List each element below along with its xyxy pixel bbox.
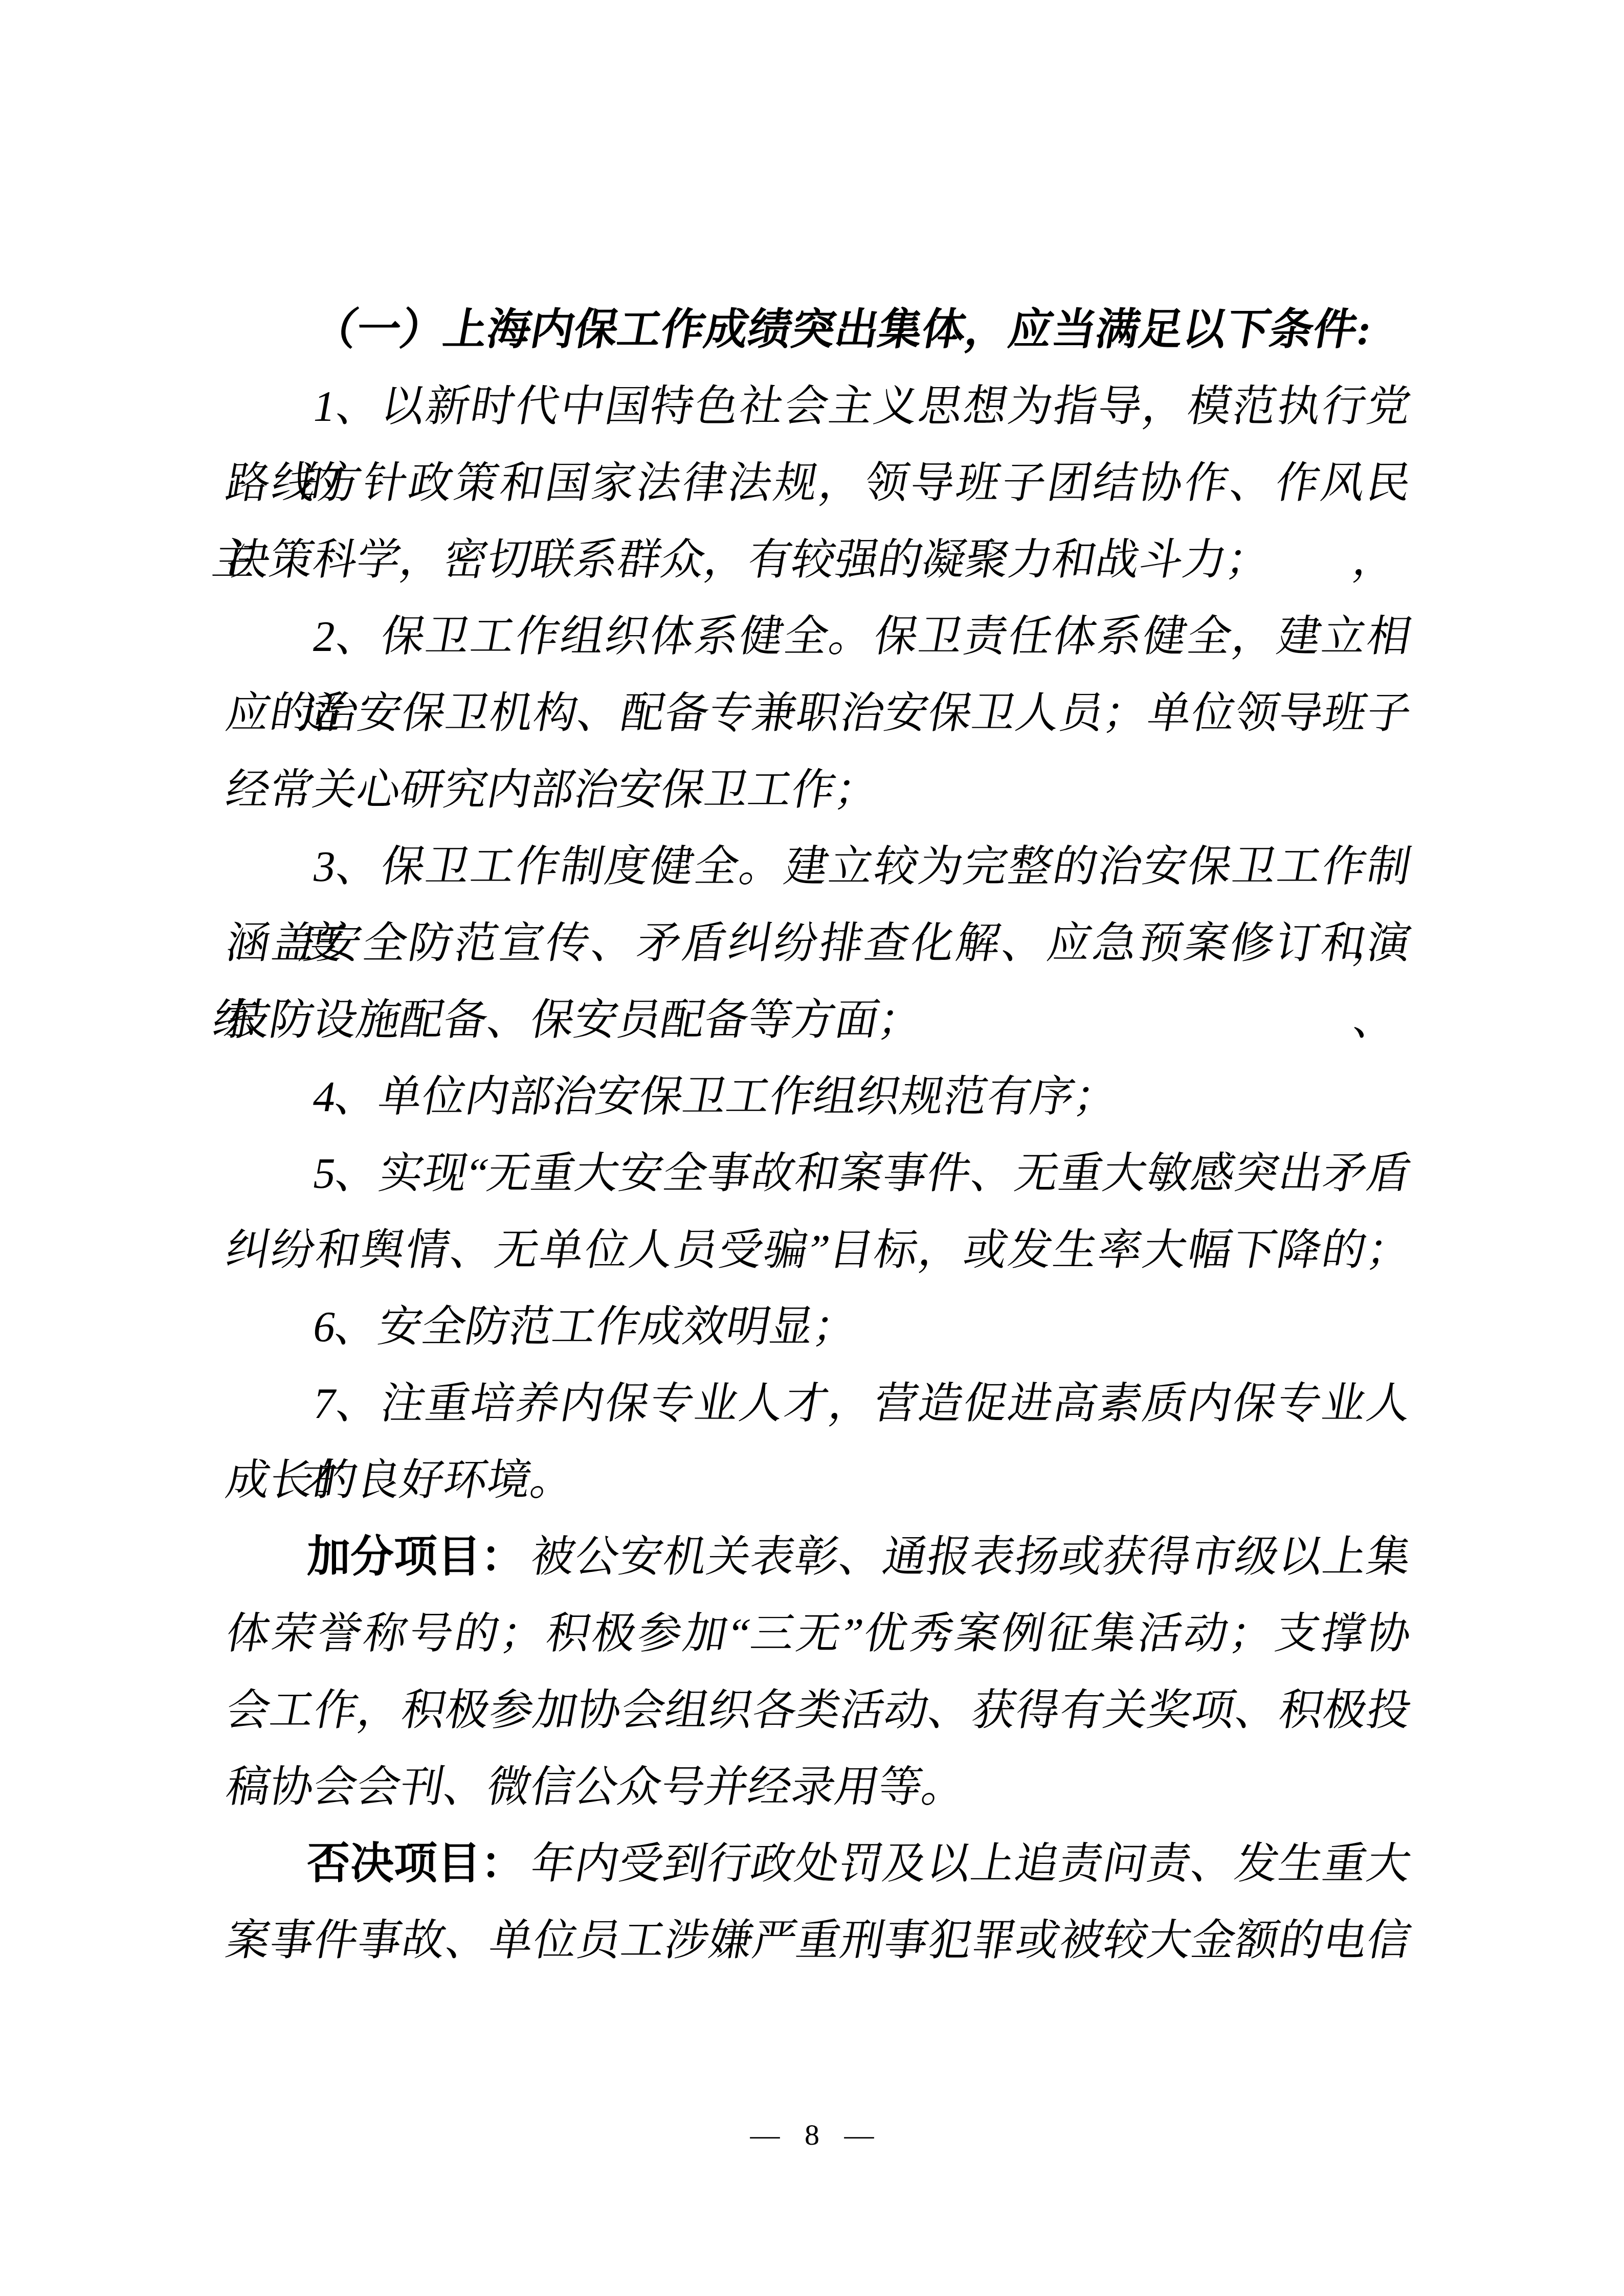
body-line: 技防设施配备、保安员配备等方面； — [220, 982, 1417, 1059]
body-line: 稿协会会刊、微信公众号并经录用等。 — [220, 1749, 1417, 1826]
body-line: 4、单位内部治安保卫工作组织规范有序； — [220, 1059, 1417, 1135]
body-text: 年内受到行政处罚及以上追责问责、发生重大 — [527, 1840, 1415, 1888]
body-line: 路线方针政策和国家法律法规，领导班子团结协作、作风民主， — [220, 445, 1417, 522]
body-line: 7、注重培养内保专业人才，营造促进高素质内保专业人才 — [220, 1365, 1417, 1442]
body-line: 涵盖安全防范宣传、矛盾纠纷排查化解、应急预案修订和演练、 — [220, 905, 1417, 982]
page-number: — 8 — — [750, 2118, 874, 2151]
body-text: 决策科学，密切联系群众，有较强的凝聚力和战斗力； — [223, 536, 1275, 584]
body-line: 5、实现“无重大安全事故和案事件、无重大敏感突出矛盾 — [220, 1135, 1417, 1212]
body-line: 2、保卫工作组织体系健全。保卫责任体系健全，建立相适 — [220, 598, 1417, 675]
body-line: 应的治安保卫机构、配备专兼职治安保卫人员；单位领导班子 — [220, 675, 1417, 752]
body-line: 6、安全防范工作成效明显； — [220, 1289, 1417, 1365]
body-line: 体荣誉称号的；积极参加“三无”优秀案例征集活动；支撑协 — [220, 1595, 1417, 1672]
text-block: （一）上海内保工作成绩突出集体，应当满足以下条件: 1、以新时代中国特色社会主义… — [220, 291, 1404, 1979]
body-line: 1、以新时代中国特色社会主义思想为指导，模范执行党的 — [220, 368, 1417, 445]
body-text: 经常关心研究内部治安保卫工作； — [223, 766, 883, 814]
body-line: 决策科学，密切联系群众，有较强的凝聚力和战斗力； — [220, 522, 1417, 598]
heading-text: （一）上海内保工作成绩突出集体，应当满足以下条件: — [309, 306, 1376, 354]
document-page: （一）上海内保工作成绩突出集体，应当满足以下条件: 1、以新时代中国特色社会主义… — [0, 0, 1624, 2296]
body-line: 否决项目：年内受到行政处罚及以上追责问责、发生重大 — [220, 1826, 1417, 1902]
body-text: 6、安全防范工作成效明显； — [309, 1303, 861, 1351]
page-footer: — 8 — — [0, 2112, 1624, 2158]
section-heading: （一）上海内保工作成绩突出集体，应当满足以下条件: — [220, 291, 1417, 368]
body-line: 案事件事故、单位员工涉嫌严重刑事犯罪或被较大金额的电信 — [220, 1902, 1417, 1979]
body-text: 成长的良好环境。 — [223, 1456, 579, 1504]
body-line: 3、保卫工作制度健全。建立较为完整的治安保卫工作制度， — [220, 828, 1417, 905]
body-line: 成长的良好环境。 — [220, 1442, 1417, 1519]
body-text: 技防设施配备、保安员配备等方面； — [223, 996, 927, 1044]
body-line: 纠纷和舆情、无单位人员受骗”目标，或发生率大幅下降的； — [220, 1212, 1417, 1289]
body-text: 被公安机关表彰、通报表扬或获得市级以上集 — [527, 1533, 1415, 1581]
body-text: 稿协会会刊、微信公众号并经录用等。 — [223, 1763, 970, 1811]
body-text: 4、单位内部治安保卫工作组织规范有序； — [309, 1073, 1122, 1121]
veto-items-label: 否决项目： — [307, 1826, 524, 1902]
body-line: 会工作，积极参加协会组织各类活动、获得有关奖项、积极投 — [220, 1672, 1417, 1749]
body-line: 加分项目：被公安机关表彰、通报表扬或获得市级以上集 — [220, 1519, 1417, 1595]
body-text: 体荣誉称号的；积极参加“三无”优秀案例征集活动；支撑协 — [223, 1610, 1415, 1658]
body-line: 经常关心研究内部治安保卫工作； — [220, 752, 1417, 828]
body-text: 纠纷和舆情、无单位人员受骗”目标，或发生率大幅下降的； — [223, 1226, 1415, 1274]
body-text: 会工作，积极参加协会组织各类活动、获得有关奖项、积极投 — [223, 1686, 1415, 1735]
body-text: 案事件事故、单位员工涉嫌严重刑事犯罪或被较大金额的电信 — [223, 1917, 1415, 1965]
body-text: 5、实现“无重大安全事故和案事件、无重大敏感突出矛盾 — [309, 1150, 1415, 1198]
body-text: 应的治安保卫机构、配备专兼职治安保卫人员；单位领导班子 — [223, 689, 1415, 737]
bonus-items-label: 加分项目： — [307, 1519, 524, 1595]
